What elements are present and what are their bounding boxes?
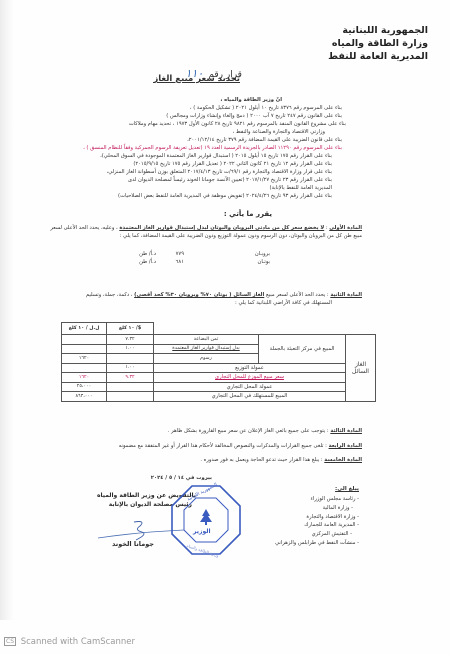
usd-cell: ٩.٣٢ bbox=[107, 373, 154, 383]
item-cell-merged: المبيع للمستهلك في المحل التجاري bbox=[154, 392, 346, 402]
table-row: المبيع للمستهلك في المحل التجاري ٨٦٣،٠٠٠ bbox=[62, 392, 376, 402]
article-1-text-a: ، وعليه، يحدد الحد الأعلى لسعر bbox=[50, 225, 117, 231]
article-5-text: : يبلغ هذا القرار حيث تدعو الحاجة ويعمل … bbox=[200, 457, 322, 463]
header-usd: $/ ١٠ كلغ bbox=[107, 323, 154, 335]
distribution-item: - المديرية العامة للجمارك bbox=[304, 521, 359, 529]
item-cell-merged: سعر مبيع الموزع للمحل التجاري bbox=[154, 373, 346, 383]
distribution-title: يبلغ الى: bbox=[335, 485, 359, 493]
item-cell: بدل إستبدال قوارير الغاز المعتمدة bbox=[154, 344, 259, 354]
table-row-highlighted: سعر مبيع الموزع للمحل التجاري ٩.٣٢ ١٦٢٠ bbox=[62, 373, 376, 383]
usd-cell: ٧.٣٢ bbox=[107, 335, 154, 345]
article-4-title: المادة الرابعة bbox=[329, 443, 362, 449]
product-name-butane: بوتـان bbox=[220, 258, 270, 266]
preamble-line: بناء على القرار رقم ٩٣ تاريخ ٢٠٢٤/٤/٢٦ (… bbox=[118, 192, 332, 200]
scanner-watermark: CS Scanned with CamScanner bbox=[4, 637, 135, 647]
usd-cell: ١.٠٠ bbox=[107, 344, 154, 354]
article-1-underlined: لا يخضع سعر كل من مادتي البروبان والبوتا… bbox=[119, 225, 324, 231]
article-4-text: : تلغى جميع القرارات والمذكرات والنصوص ا… bbox=[119, 443, 327, 449]
article-3-title: المادة الثالثة bbox=[330, 428, 362, 434]
decides-heading: يقرر ما يأتي : bbox=[224, 210, 272, 218]
article-3: المادة الثالثة : يتوجب على جميع بائعي ال… bbox=[168, 427, 362, 435]
article-2-text-b: ، دكمة، جملة، وتسليم bbox=[86, 292, 133, 298]
table-row: الغاز السائل المبيع في مركز التعبئة بالج… bbox=[62, 335, 376, 345]
article-4: المادة الرابعة : تلغى جميع القرارات والم… bbox=[119, 442, 362, 450]
product-value-butane: ٦٨١ bbox=[176, 258, 184, 266]
item-cell: ثمن البضاعة bbox=[154, 335, 259, 345]
letterhead-line-2: وزارة الطاقة والمياه bbox=[332, 37, 428, 50]
header-lbp: ل.ل / ١٠ كلغ bbox=[62, 323, 107, 335]
lbp-cell: ١٦٢٠ bbox=[62, 373, 107, 383]
signatory-name: جومانا الخوند bbox=[112, 540, 154, 548]
lbp-cell: ٨٦٣،٠٠٠ bbox=[62, 392, 107, 402]
product-unit-butane: د.أ/ طن bbox=[139, 258, 156, 266]
item-cell-merged: عمولة التوزيع bbox=[154, 363, 346, 373]
item-cell: رسوم bbox=[154, 354, 259, 364]
article-2-text-a: : يحدد الحد الأعلى لسعر مبيع bbox=[266, 292, 329, 298]
usd-cell: ١.٠٠ bbox=[107, 363, 154, 373]
item-cell-merged: عمولة المحل التجاري bbox=[154, 382, 346, 392]
date-line: بيروت في ١٤ / ٥ / ٢٠٢٤ bbox=[151, 474, 212, 482]
letterhead-line-3: المديرية العامة للنفط bbox=[328, 50, 428, 63]
lbp-cell: ٢٥،٠٠٠ bbox=[62, 382, 107, 392]
usd-cell bbox=[107, 392, 154, 402]
price-table-header-row: $/ ١٠ كلغ ل.ل / ١٠ كلغ bbox=[62, 323, 376, 335]
table-row: عمولة المحل التجاري ٢٥،٠٠٠ bbox=[62, 382, 376, 392]
category-cell: الغاز السائل bbox=[346, 335, 376, 402]
letterhead-line-1: الجمهورية اللبنانية bbox=[342, 24, 428, 37]
article-1-title: المادة الأولى bbox=[329, 225, 362, 231]
usd-cell bbox=[107, 382, 154, 392]
article-2-text-c: المستهلك في كافة الأراضي اللبنانية كما ي… bbox=[235, 299, 332, 307]
scanned-document-page: الجمهورية اللبنانية وزارة الطاقة والمياه… bbox=[0, 0, 450, 654]
lbp-cell bbox=[62, 363, 107, 373]
lbp-cell bbox=[62, 344, 107, 354]
price-table: $/ ١٠ كلغ ل.ل / ١٠ كلغ الغاز السائل المب… bbox=[61, 322, 376, 402]
distribution-item: - التفتيش المركزي bbox=[312, 530, 352, 538]
article-5-title: المادة الخامسة bbox=[324, 457, 362, 463]
article-1-text-b: مبيع طن كل من البروبان والبوتان، دون الر… bbox=[120, 232, 362, 240]
stamp-center-text: الوزير bbox=[193, 528, 211, 535]
lbp-cell: ١٦٢٠ bbox=[62, 354, 107, 364]
group-cell: المبيع في مركز التعبئة بالجملة bbox=[259, 335, 346, 364]
distribution-item: - وزارة المالية bbox=[323, 504, 353, 512]
decision-subject: تحديد سعر مبيع الغاز bbox=[153, 74, 240, 84]
distribution-item: - رئاسة مجلس الوزراء bbox=[310, 495, 359, 503]
article-3-text: : يتوجب على جميع بائعي الغاز الإعلان عن … bbox=[168, 428, 329, 434]
scanner-watermark-text: Scanned with CamScanner bbox=[21, 637, 135, 647]
camscanner-logo-icon: CS bbox=[4, 637, 16, 646]
article-2-underlined: الغاز السائل ( بوتان ٧٠% وبروبان ٣٠% كحد… bbox=[134, 292, 264, 298]
usd-cell bbox=[107, 354, 154, 364]
article-5: المادة الخامسة : يبلغ هذا القرار حيث تدع… bbox=[200, 456, 362, 464]
distribution-item: - منشآت النفط في طرابلس والزهراني bbox=[275, 539, 359, 547]
lbp-cell bbox=[62, 335, 107, 345]
scan-shadow-edge bbox=[0, 0, 14, 620]
official-stamp-icon bbox=[170, 484, 242, 556]
article-2-title: المادة الثانية bbox=[330, 292, 362, 298]
table-row: عمولة التوزيع ١.٠٠ bbox=[62, 363, 376, 373]
